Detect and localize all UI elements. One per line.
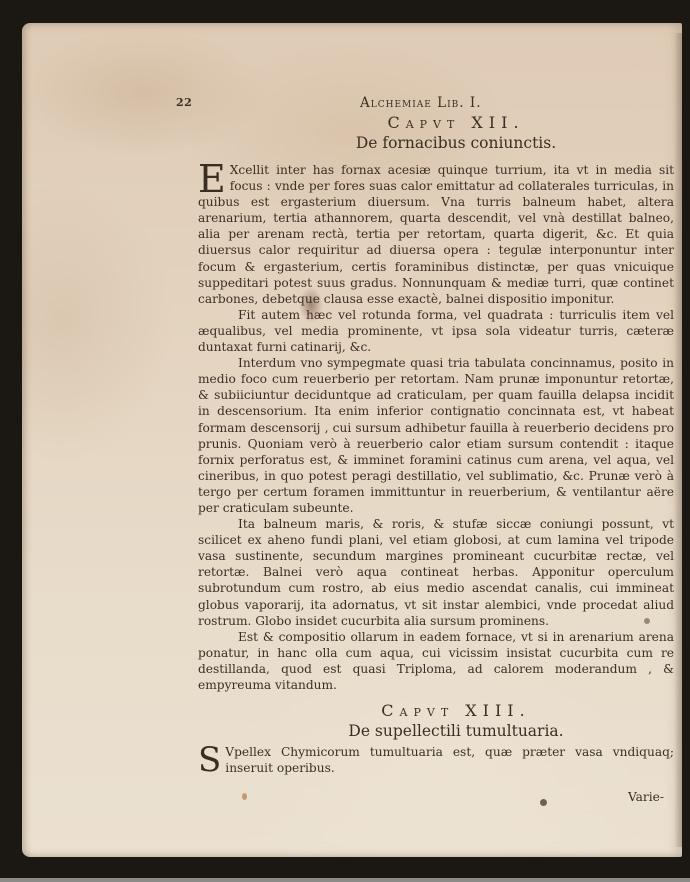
paragraph: Ita balneum maris, & roris, & stufæ sicc… [198, 516, 674, 629]
book-page: 22 Alchemiae Lib. I. Capvt XII. De forna… [22, 23, 682, 857]
chapter-13: Capvt XIII. De supellectili tumultuaria.… [198, 701, 674, 776]
chapter-body: SVpellex Chymicorum tumultuaria est, quæ… [198, 744, 674, 776]
chapter-12: Capvt XII. De fornacibus coniunctis. EXc… [198, 113, 674, 693]
scanner-bottom-band [0, 878, 690, 882]
paragraph: SVpellex Chymicorum tumultuaria est, quæ… [198, 744, 674, 776]
chapter-heading: Capvt XII. [238, 113, 674, 132]
chapter-heading: Capvt XIII. [238, 701, 674, 720]
page-number: 22 [176, 96, 192, 109]
drop-cap: E [198, 164, 226, 194]
paragraph: Interdum vno sympegmate quasi tria tabul… [198, 355, 674, 516]
paragraph-text: Vpellex Chymicorum tumultuaria est, quæ … [225, 745, 674, 775]
text-block: 22 Alchemiae Lib. I. Capvt XII. De forna… [198, 93, 674, 804]
running-head: 22 Alchemiae Lib. I. [198, 93, 674, 113]
chapter-body: EXcellit inter has fornax acesiæ quinque… [198, 162, 674, 693]
paragraph-text: Xcellit inter has fornax acesiæ quinque … [198, 163, 674, 306]
paragraph: EXcellit inter has fornax acesiæ quinque… [198, 162, 674, 307]
chapter-subtitle: De fornacibus coniunctis. [238, 134, 674, 152]
catchword: Varie- [198, 790, 664, 804]
chapter-subtitle: De supellectili tumultuaria. [238, 722, 674, 740]
page-edge-shadow [674, 33, 682, 847]
drop-cap: S [198, 746, 221, 774]
running-title: Alchemiae Lib. I. [360, 95, 482, 111]
paragraph: Fit autem hæc vel rotunda forma, vel qua… [198, 307, 674, 355]
paragraph: Est & compositio ollarum in eadem fornac… [198, 629, 674, 693]
